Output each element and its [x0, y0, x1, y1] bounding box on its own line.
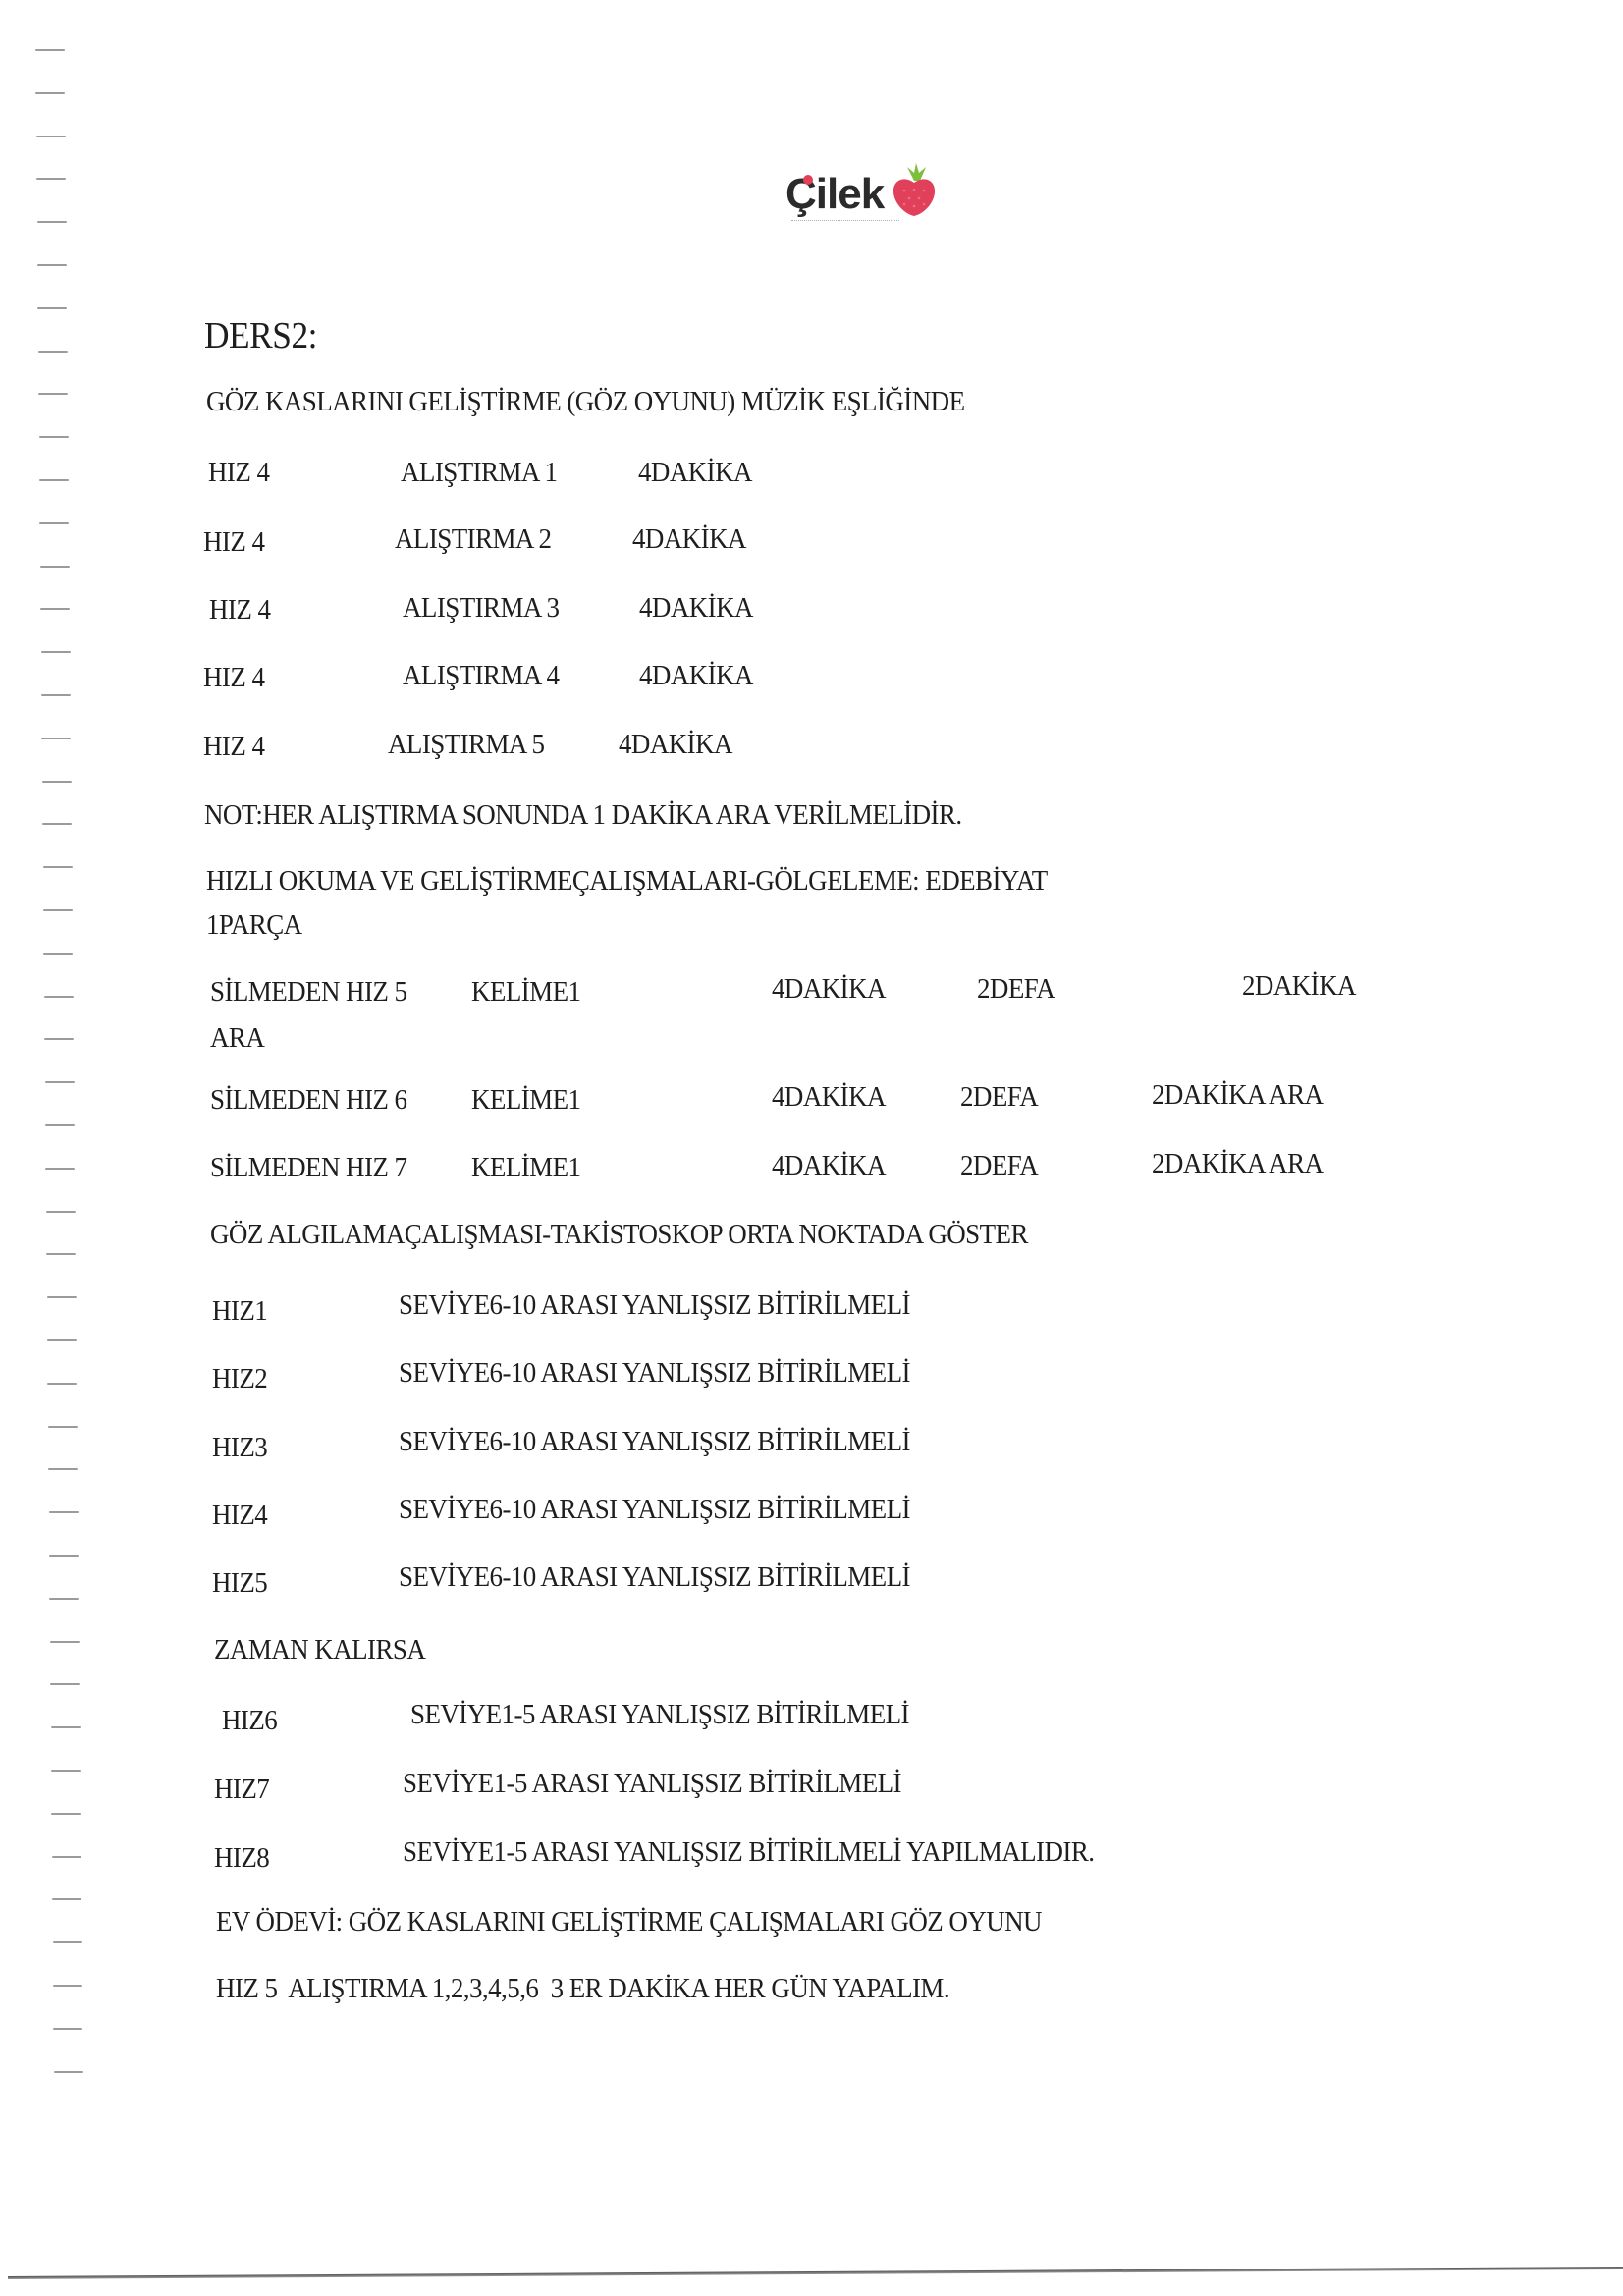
level-text: SEVİYE6-10 ARASI YANLIŞSIZ BİTİRİLMELİ: [399, 1425, 910, 1458]
margin-mark: [51, 1770, 81, 1772]
margin-mark: [48, 1468, 78, 1470]
margin-mark: [41, 651, 71, 653]
margin-mark: [38, 393, 68, 395]
margin-mark: [45, 1168, 75, 1170]
exercise-duration: 4DAKİKA: [619, 728, 732, 761]
exercise-name: ALIŞTIRMA 3: [403, 591, 559, 625]
margin-mark: [54, 2071, 83, 2073]
reading-repeat: 2DEFA: [960, 1149, 1038, 1182]
reading-break: 2DAKİKA ARA: [1152, 1078, 1323, 1112]
margin-mark: [48, 1426, 78, 1428]
level-speed: HIZ1: [212, 1294, 267, 1328]
margin-mark: [39, 479, 69, 481]
margin-mark: [35, 49, 65, 51]
cilek-logo: Çilek: [785, 173, 939, 218]
reading-mode: SİLMEDEN HIZ 6: [210, 1083, 406, 1117]
margin-mark: [41, 738, 71, 739]
level-speed: HIZ2: [212, 1362, 267, 1395]
reading-break: 2DAKİKA ARA: [1152, 1147, 1323, 1180]
level-text: SEVİYE1-5 ARASI YANLIŞSIZ BİTİRİLMELİ: [410, 1698, 909, 1731]
level-text: SEVİYE6-10 ARASI YANLIŞSIZ BİTİRİLMELİ: [399, 1356, 910, 1390]
reading-duration: 4DAKİKA: [772, 1080, 886, 1114]
margin-mark: [41, 694, 71, 696]
margin-mark: [42, 823, 72, 825]
level-speed: HIZ4: [212, 1499, 267, 1532]
margin-mark: [45, 1081, 75, 1083]
reading-break-wrap: ARA: [210, 1021, 264, 1055]
level-speed: HIZ5: [212, 1566, 267, 1600]
margin-mark: [36, 178, 66, 180]
page-title: DERS2:: [204, 314, 317, 357]
margin-mark: [37, 221, 67, 223]
margin-mark: [37, 307, 67, 309]
level-speed: HIZ8: [214, 1841, 269, 1875]
margin-mark: [44, 1038, 74, 1040]
exercise-speed: HIZ 4: [208, 456, 269, 489]
page-bottom-edge: [8, 2267, 1623, 2279]
margin-mark: [36, 136, 66, 137]
reading-repeat: 2DEFA: [977, 972, 1055, 1006]
section1-heading: GÖZ KASLARINI GELİŞTİRME (GÖZ OYUNU) MÜZ…: [206, 385, 964, 418]
margin-mark: [50, 1641, 80, 1643]
level-text: SEVİYE6-10 ARASI YANLIŞSIZ BİTİRİLMELİ: [399, 1493, 910, 1526]
margin-mark: [40, 608, 70, 610]
margin-mark: [49, 1555, 79, 1557]
logo-tagline: [791, 220, 899, 223]
binder-margin-marks: [0, 0, 98, 2296]
exercise-name: ALIŞTIRMA 5: [388, 728, 544, 761]
margin-mark: [38, 351, 68, 353]
document-page: Çilek DERS2: GÖZ KASLARINI GELİŞTİRME (G…: [0, 0, 1623, 2296]
exercise-duration: 4DAKİKA: [638, 456, 752, 489]
margin-mark: [40, 566, 70, 568]
level-text: SEVİYE1-5 ARASI YANLIŞSIZ BİTİRİLMELİ YA…: [403, 1835, 1094, 1869]
margin-mark: [43, 909, 73, 911]
margin-mark: [52, 1898, 81, 1900]
section3-heading: GÖZ ALGILAMAÇALIŞMASI-TAKİSTOSKOP ORTA N…: [210, 1218, 1028, 1251]
reading-repeat: 2DEFA: [960, 1080, 1038, 1114]
section2-heading: HIZLI OKUMA VE GELİŞTİRMEÇALIŞMALARI-GÖL…: [206, 864, 1048, 898]
margin-mark: [47, 1339, 77, 1341]
margin-mark: [47, 1296, 77, 1298]
margin-mark: [37, 264, 67, 266]
margin-mark: [51, 1813, 81, 1815]
margin-mark: [53, 1985, 82, 1987]
margin-mark: [46, 1253, 76, 1255]
strawberry-icon: [890, 159, 939, 218]
section2-heading-cont: 1PARÇA: [206, 908, 302, 942]
margin-mark: [44, 996, 74, 998]
section4-heading: ZAMAN KALIRSA: [214, 1633, 425, 1667]
exercise-speed: HIZ 4: [203, 661, 264, 694]
exercise-duration: 4DAKİKA: [632, 522, 746, 556]
margin-mark: [49, 1511, 79, 1513]
margin-mark: [50, 1683, 80, 1685]
exercise-name: ALIŞTIRMA 2: [395, 522, 551, 556]
margin-mark: [53, 1941, 82, 1943]
margin-mark: [47, 1383, 77, 1385]
reading-duration: 4DAKİKA: [772, 1149, 886, 1182]
margin-mark: [43, 953, 73, 955]
margin-mark: [49, 1598, 79, 1600]
reading-duration: 4DAKİKA: [772, 972, 886, 1006]
logo-wordmark: Çilek: [785, 173, 884, 216]
reading-word: KELİME1: [471, 1083, 580, 1117]
exercise-duration: 4DAKİKA: [639, 659, 753, 692]
exercise-speed: HIZ 4: [209, 593, 270, 627]
margin-mark: [46, 1211, 76, 1213]
reading-mode: SİLMEDEN HIZ 7: [210, 1151, 406, 1184]
margin-mark: [39, 436, 69, 438]
reading-word: KELİME1: [471, 975, 580, 1009]
section1-note: NOT:HER ALIŞTIRMA SONUNDA 1 DAKİKA ARA V…: [204, 798, 962, 832]
margin-mark: [35, 92, 65, 94]
logo-brand-name: Çilek: [785, 170, 884, 218]
level-text: SEVİYE1-5 ARASI YANLIŞSIZ BİTİRİLMELİ: [403, 1767, 901, 1800]
margin-mark: [39, 522, 69, 524]
logo-dot: [803, 175, 813, 185]
exercise-name: ALIŞTIRMA 1: [401, 456, 557, 489]
homework-line2: HIZ 5 ALIŞTIRMA 1,2,3,4,5,6 3 ER DAKİKA …: [216, 1972, 949, 2005]
reading-break: 2DAKİKA: [1242, 969, 1356, 1003]
level-text: SEVİYE6-10 ARASI YANLIŞSIZ BİTİRİLMELİ: [399, 1560, 910, 1594]
exercise-speed: HIZ 4: [203, 525, 264, 559]
margin-mark: [51, 1726, 81, 1728]
exercise-name: ALIŞTIRMA 4: [403, 659, 559, 692]
margin-mark: [45, 1124, 75, 1126]
level-speed: HIZ7: [214, 1773, 269, 1806]
margin-mark: [53, 2028, 82, 2030]
margin-mark: [52, 1856, 81, 1858]
homework-line1: EV ÖDEVİ: GÖZ KASLARINI GELİŞTİRME ÇALIŞ…: [216, 1905, 1042, 1939]
level-speed: HIZ3: [212, 1431, 267, 1464]
reading-mode: SİLMEDEN HIZ 5: [210, 975, 406, 1009]
reading-word: KELİME1: [471, 1151, 580, 1184]
exercise-speed: HIZ 4: [203, 730, 264, 763]
margin-mark: [43, 866, 73, 868]
margin-mark: [42, 781, 72, 783]
level-text: SEVİYE6-10 ARASI YANLIŞSIZ BİTİRİLMELİ: [399, 1288, 910, 1322]
exercise-duration: 4DAKİKA: [639, 591, 753, 625]
level-speed: HIZ6: [222, 1704, 277, 1737]
